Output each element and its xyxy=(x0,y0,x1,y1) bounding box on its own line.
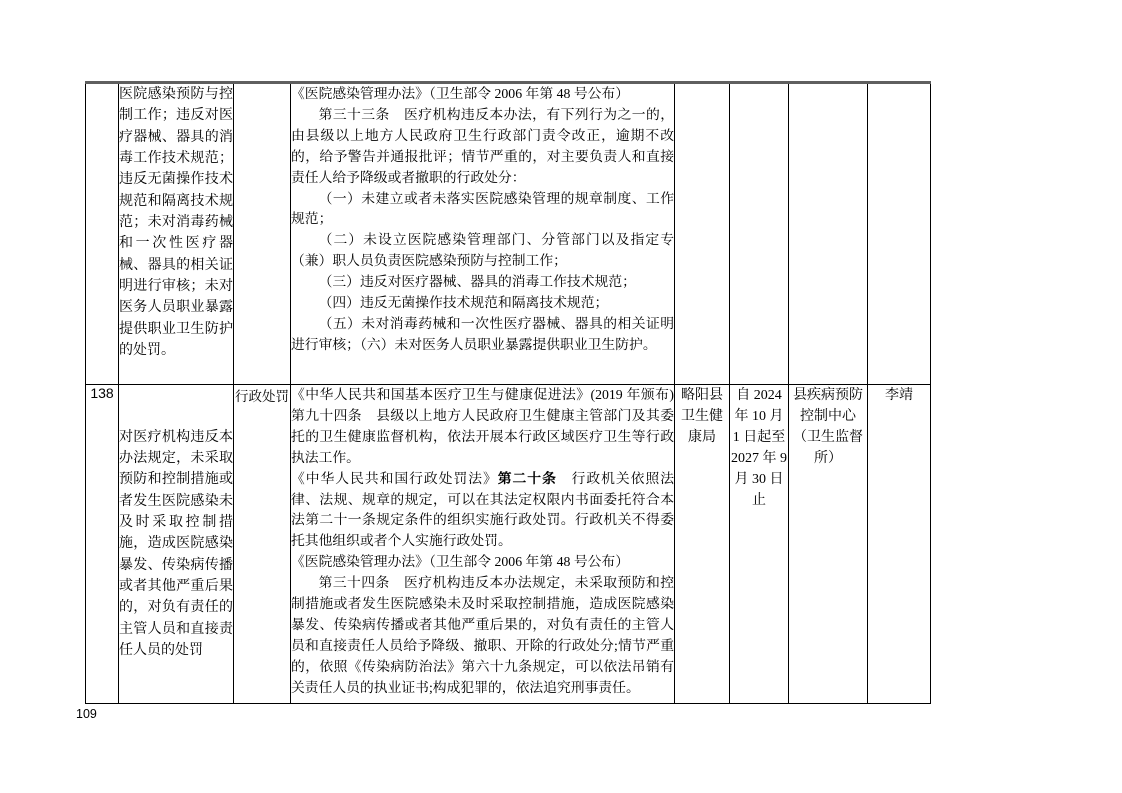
page-number: 109 xyxy=(76,707,97,721)
basis-paragraph: （三）违反对医疗器械、器具的消毒工作技术规范； xyxy=(291,272,674,293)
cell-seq: 138 xyxy=(86,385,119,704)
basis-paragraph: （四）违反无菌操作技术规范和隔离技术规范； xyxy=(291,293,674,314)
cell-penalty-type xyxy=(234,83,291,385)
cell-delegated-org: 县疾病预防控制中心（卫生监督所） xyxy=(789,385,868,704)
cell-delegation-period: 自 2024 年 10 月 1 日起至 2027 年 9 月 30 日止 xyxy=(730,385,789,704)
document-page: 医院感染预防与控制工作；违反对医疗器械、器具的消毒工作技术规范；违反无菌操作技术… xyxy=(0,0,1122,793)
basis-paragraph: （二）未设立医院感染管理部门、分管部门以及指定专（兼）职人员负责医院感染预防与控… xyxy=(291,230,674,272)
basis-paragraph: （五）未对消毒药械和一次性医疗器械、器具的相关证明进行审核；（六）未对医务人员职… xyxy=(291,314,674,356)
basis-paragraph: 《医院感染管理办法》（卫生部令 2006 年第 48 号公布） xyxy=(291,84,674,105)
basis-run-bold: 第二十条 xyxy=(498,471,557,486)
cell-authority xyxy=(675,83,730,385)
basis-run: 《中华人民共和国行政处罚法》 xyxy=(291,471,498,486)
basis-paragraph: 《医院感染管理办法》（卫生部令 2006 年第 48 号公布） xyxy=(291,552,674,573)
basis-paragraph: 第三十三条 医疗机构违反本办法，有下列行为之一的，由县级以上地方人民政府卫生行政… xyxy=(291,105,674,189)
cell-penalty-type: 行政处罚 xyxy=(234,385,291,704)
cell-delegated-org xyxy=(789,83,868,385)
cell-item-description: 医院感染预防与控制工作；违反对医疗器械、器具的消毒工作技术规范；违反无菌操作技术… xyxy=(119,83,234,385)
basis-paragraph: 第三十四条 医疗机构违反本办法规定，未采取预防和控制措施或者发生医院感染未及时采… xyxy=(291,573,674,698)
basis-paragraph: （一）未建立或者未落实医院感染管理的规章制度、工作规范； xyxy=(291,189,674,231)
cell-seq xyxy=(86,83,119,385)
penalty-items-table: 医院感染预防与控制工作；违反对医疗器械、器具的消毒工作技术规范；违反无菌操作技术… xyxy=(85,81,931,704)
cell-legal-basis: 《中华人民共和国基本医疗卫生与健康促进法》(2019 年颁布)第九十四条 县级以… xyxy=(291,385,675,704)
cell-contact-person xyxy=(868,83,931,385)
cell-item-description: 对医疗机构违反本办法规定，未采取预防和控制措施或者发生医院感染未及时采取控制措施… xyxy=(119,385,234,704)
cell-delegation-period xyxy=(730,83,789,385)
basis-paragraph: 《中华人民共和国基本医疗卫生与健康促进法》(2019 年颁布)第九十四条 县级以… xyxy=(291,385,674,469)
cell-contact-person: 李靖 xyxy=(868,385,931,704)
basis-paragraph: 《中华人民共和国行政处罚法》第二十条 行政机关依照法律、法规、规章的规定，可以在… xyxy=(291,469,674,553)
cell-authority: 略阳县卫生健康局 xyxy=(675,385,730,704)
cell-legal-basis: 《医院感染管理办法》（卫生部令 2006 年第 48 号公布） 第三十三条 医疗… xyxy=(291,83,675,385)
table-row-continuation: 医院感染预防与控制工作；违反对医疗器械、器具的消毒工作技术规范；违反无菌操作技术… xyxy=(86,83,931,385)
table-row-138: 138 对医疗机构违反本办法规定，未采取预防和控制措施或者发生医院感染未及时采取… xyxy=(86,385,931,704)
